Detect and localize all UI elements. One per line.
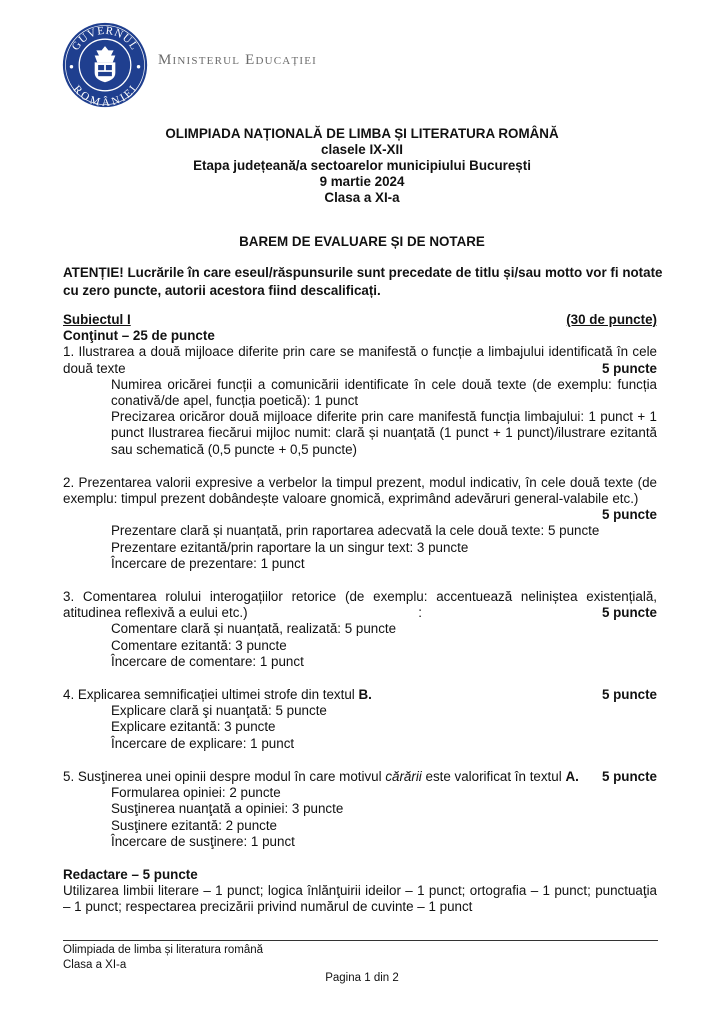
subject-header: Subiectul I (30 de puncte): [63, 312, 657, 328]
item-4-criterion: Încercare de explicare: 1 punct: [63, 736, 657, 752]
item-5-text: 5. Susţinerea unei opinii despre modul î…: [63, 769, 579, 785]
item-5-text-ref: A.: [565, 769, 578, 784]
footer-class: Clasa a XI-a: [63, 958, 263, 973]
item-3-criterion: Încercare de comentare: 1 punct: [63, 654, 657, 670]
subject-points: (30 de puncte): [566, 312, 657, 328]
stray-colon: :: [418, 605, 422, 621]
item-4-text-ref: B.: [358, 687, 371, 702]
item-5-text-italic: cărării: [385, 769, 421, 784]
item-2-points: 5 puncte: [63, 507, 657, 523]
item-2-criterion: Prezentare clară și nuanțată, prin rapor…: [63, 523, 657, 539]
barem-title: BAREM DE EVALUARE ȘI DE NOTARE: [60, 234, 664, 249]
item-5-text-after: este valorificat în textul: [422, 769, 566, 784]
item-5-criterion: Susţinerea nuanţată a opiniei: 3 puncte: [63, 801, 657, 817]
item-4-text: 4. Explicarea semnificației ultimei stro…: [63, 687, 372, 703]
grading-content: Subiectul I (30 de puncte) Conţinut – 25…: [63, 312, 657, 916]
item-4-criterion: Explicare clară şi nuanţată: 5 puncte: [63, 703, 657, 719]
ministry-name: Ministerul Educației: [158, 52, 317, 69]
item-3-criterion: Comentare ezitantă: 3 puncte: [63, 638, 657, 654]
olympiad-title-block: OLIMPIADA NAȚIONALĂ DE LIMBA ȘI LITERATU…: [60, 126, 664, 206]
government-seal-icon: GUVERNUL ROMÂNIEI: [62, 22, 148, 108]
item-2-criterion: Încercare de prezentare: 1 punct: [63, 556, 657, 572]
subject-name: Subiectul I: [63, 312, 131, 328]
item-5-line: 5. Susţinerea unei opinii despre modul î…: [63, 769, 657, 785]
item-4-text-main: 4. Explicarea semnificației ultimei stro…: [63, 687, 358, 702]
content-heading: Conţinut – 25 de puncte: [63, 328, 657, 344]
stage-name: Etapa județeană/a sectoarelor municipiul…: [60, 158, 664, 174]
document-page: GUVERNUL ROMÂNIEI Ministerul Educației O…: [0, 0, 724, 1024]
item-1-criterion: Numirea oricărei funcții a comunicării i…: [63, 377, 657, 409]
item-1-criterion: Precizarea oricăror două mijloace diferi…: [63, 409, 657, 458]
page-number: Pagina 1 din 2: [0, 972, 724, 984]
item-5-text-before: 5. Susţinerea unei opinii despre modul î…: [63, 769, 385, 784]
item-2-criterion: Prezentare ezitantă/prin raportare la un…: [63, 540, 657, 556]
redactare-heading: Redactare – 5 puncte: [63, 867, 657, 883]
item-5-points: 5 puncte: [602, 769, 657, 785]
olympiad-title: OLIMPIADA NAȚIONALĂ DE LIMBA ȘI LITERATU…: [60, 126, 664, 142]
item-5-criterion: Încercare de susţinere: 1 punct: [63, 834, 657, 850]
item-3-text-line2: atitudinea reflexivă a eului etc.): [63, 605, 248, 621]
footer: Olimpiada de limba și literatura română …: [63, 943, 263, 973]
item-3-criterion: Comentare clară și nuanțată, realizată: …: [63, 621, 657, 637]
item-3-text-line1: 3. Comentarea rolului interogațiilor ret…: [63, 589, 657, 605]
footer-olympiad: Olimpiada de limba și literatura română: [63, 943, 263, 958]
item-5-criterion: Formularea opiniei: 2 puncte: [63, 785, 657, 801]
item-5-criterion: Susţinere ezitantă: 2 puncte: [63, 818, 657, 834]
redactare-text: Utilizarea limbii literare – 1 punct; lo…: [63, 883, 657, 915]
exam-date: 9 martie 2024: [60, 174, 664, 190]
item-4-points: 5 puncte: [602, 687, 657, 703]
item-3-points: 5 puncte: [602, 605, 657, 621]
grades-range: clasele IX-XII: [60, 142, 664, 158]
class-level: Clasa a XI-a: [60, 190, 664, 206]
item-2-text: 2. Prezentarea valorii expresive a verbe…: [63, 475, 657, 507]
footer-divider: [63, 940, 658, 941]
item-4-line: 4. Explicarea semnificației ultimei stro…: [63, 687, 657, 703]
item-1-points: 5 puncte: [63, 361, 657, 377]
item-4-criterion: Explicare ezitantă: 3 puncte: [63, 719, 657, 735]
warning-notice: ATENȚIE! Lucrările în care eseul/răspuns…: [63, 264, 663, 300]
item-3-line2: atitudinea reflexivă a eului etc.) : 5 p…: [63, 605, 657, 621]
